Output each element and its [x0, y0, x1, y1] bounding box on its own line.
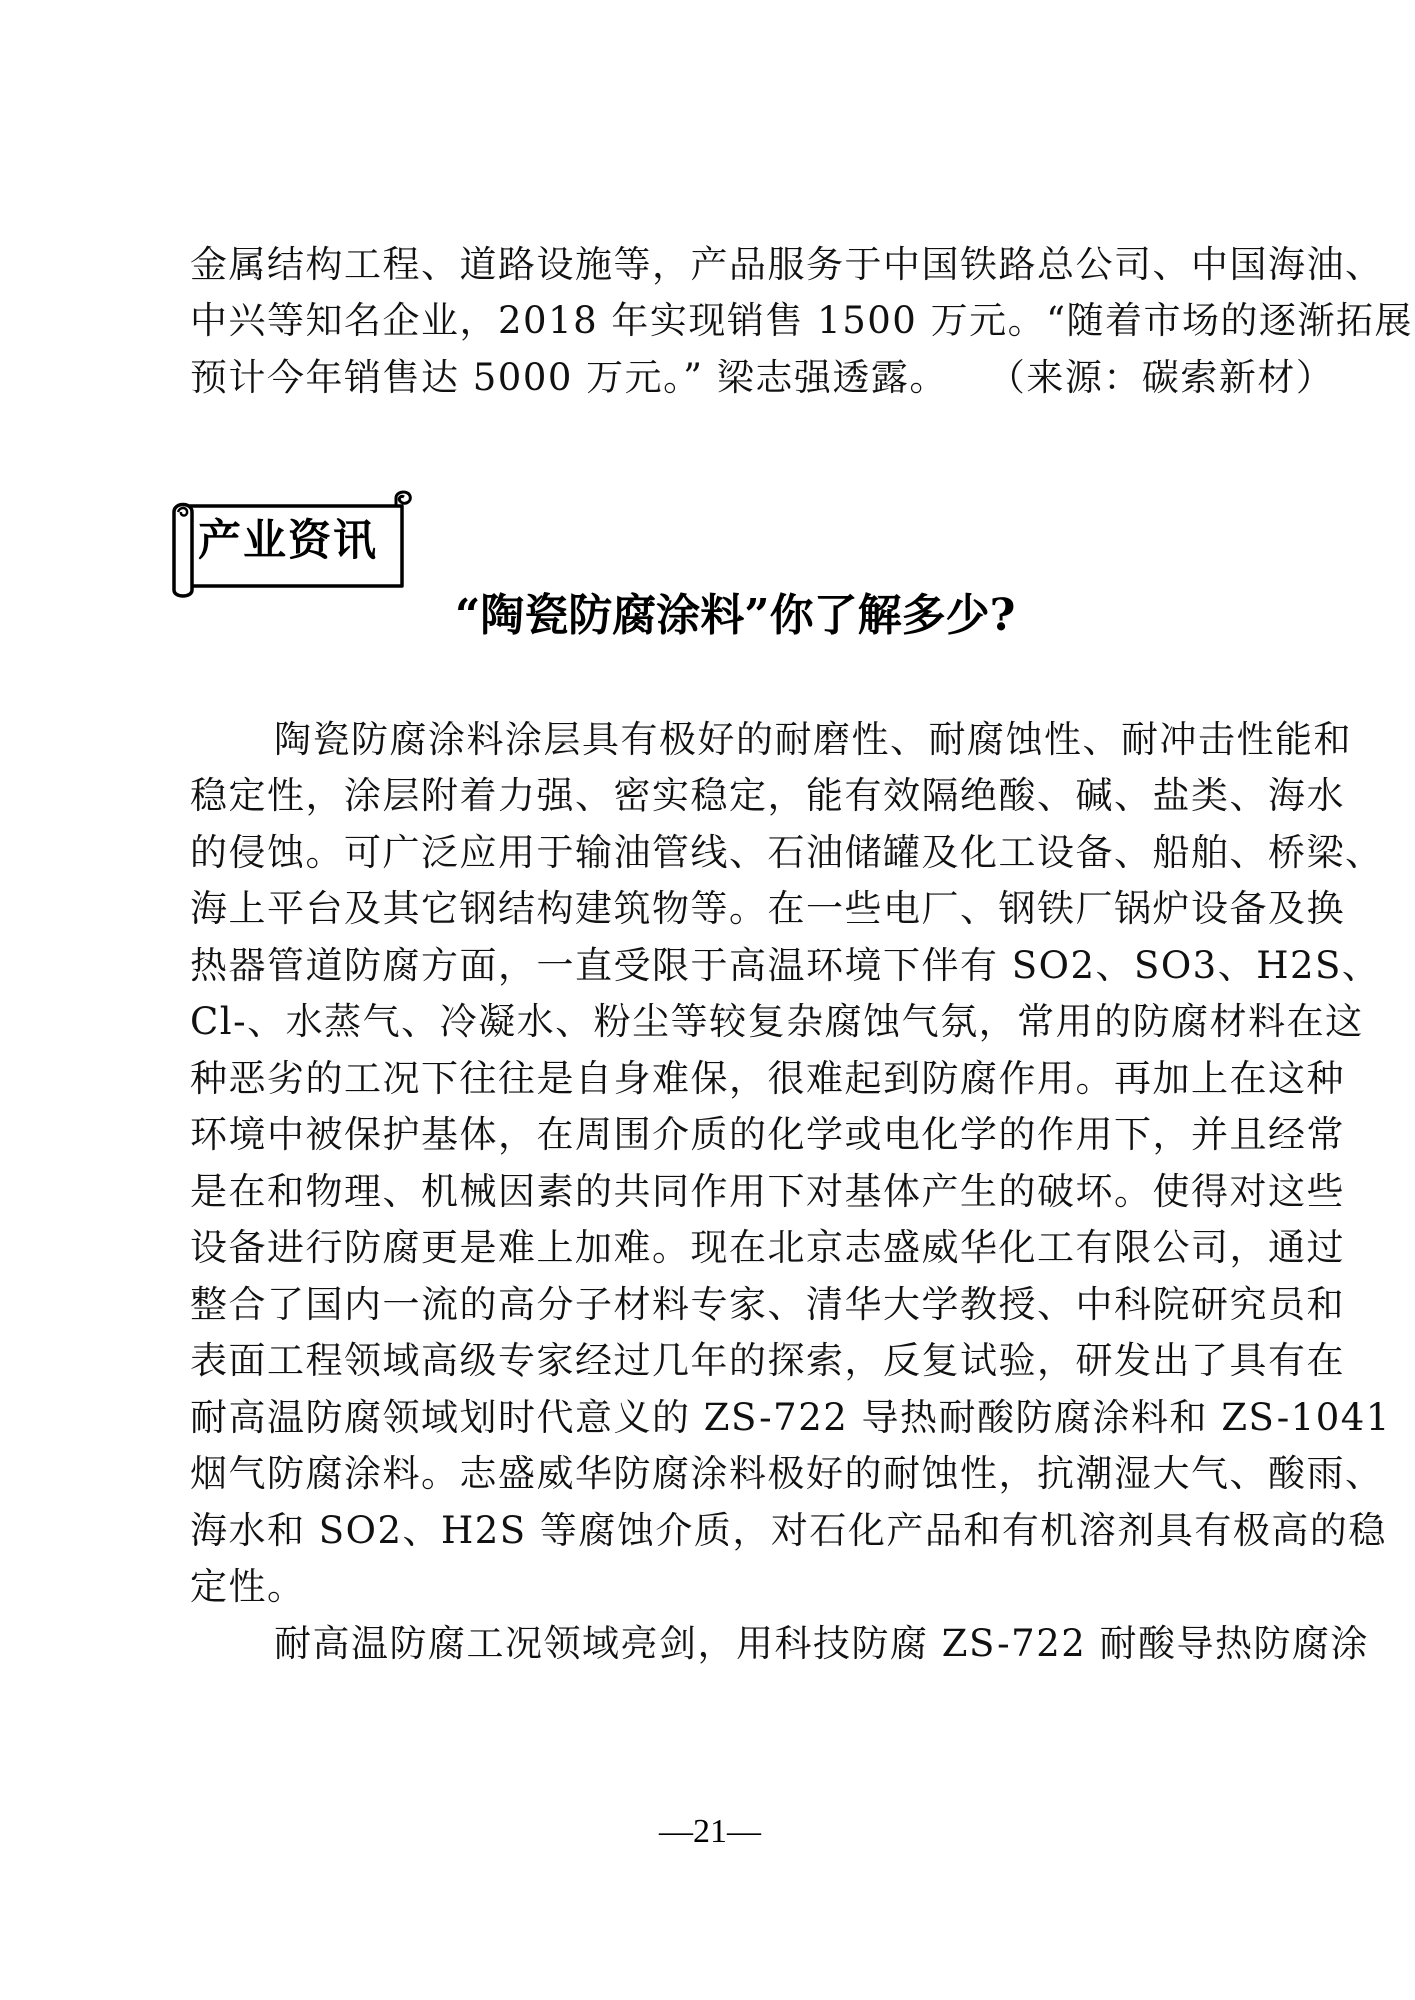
- document-page: 金属结构工程、道路设施等，产品服务于中国铁路总公司、中国海油、 中兴等知名企业，…: [0, 0, 1415, 2000]
- text-line: 表面工程领域高级专家经过几年的探索，反复试验，研发出了具有在: [190, 1336, 1242, 1386]
- text-line: 是在和物理、机械因素的共同作用下对基体产生的破坏。使得对这些: [190, 1167, 1242, 1217]
- page-number: —21—: [620, 1812, 800, 1852]
- text-line: 预计今年销售达 5000 万元。” 梁志强透露。 （来源：碳索新材）: [190, 353, 1242, 403]
- text-line: 的侵蚀。可广泛应用于输油管线、石油储罐及化工设备、船舶、桥梁、: [190, 828, 1242, 878]
- text-line: 金属结构工程、道路设施等，产品服务于中国铁路总公司、中国海油、: [190, 240, 1242, 290]
- text-line: 海上平台及其它钢结构建筑物等。在一些电厂、钢铁厂锅炉设备及换: [190, 884, 1242, 934]
- text-line: 热器管道防腐方面，一直受限于高温环境下伴有 SO2、SO3、H2S、: [190, 941, 1242, 991]
- text-line: Cl-、水蒸气、冷凝水、粉尘等较复杂腐蚀气氛，常用的防腐材料在这: [190, 997, 1242, 1047]
- text-line: 耐高温防腐工况领域亮剑，用科技防腐 ZS-722 耐酸导热防腐涂: [274, 1619, 1242, 1669]
- text-line: 设备进行防腐更是难上加难。现在北京志盛威华化工有限公司，通过: [190, 1223, 1242, 1273]
- text-line: 陶瓷防腐涂料涂层具有极好的耐磨性、耐腐蚀性、耐冲击性能和: [274, 715, 1242, 765]
- section-banner-label: 产业资讯: [198, 514, 398, 568]
- text-line: 中兴等知名企业，2018 年实现销售 1500 万元。“随着市场的逐渐拓展，: [190, 296, 1242, 346]
- text-line: 烟气防腐涂料。志盛威华防腐涂料极好的耐蚀性，抗潮湿大气、酸雨、: [190, 1449, 1242, 1499]
- text-line: 稳定性，涂层附着力强、密实稳定，能有效隔绝酸、碱、盐类、海水: [190, 771, 1242, 821]
- text-line: 种恶劣的工况下往往是自身难保，很难起到防腐作用。再加上在这种: [190, 1054, 1242, 1104]
- text-line: 耐高温防腐领域划时代意义的 ZS-722 导热耐酸防腐涂料和 ZS-1041: [190, 1393, 1242, 1443]
- text-line: 海水和 SO2、H2S 等腐蚀介质，对石化产品和有机溶剂具有极高的稳: [190, 1506, 1242, 1556]
- text-line: 整合了国内一流的高分子材料专家、清华大学教授、中科院研究员和: [190, 1280, 1242, 1330]
- text-line: 环境中被保护基体，在周围介质的化学或电化学的作用下，并且经常: [190, 1110, 1242, 1160]
- section-banner: 产业资讯: [168, 486, 418, 598]
- text-line: 定性。: [190, 1562, 1242, 1612]
- article-title: “陶瓷防腐涂料”你了解多少?: [455, 588, 1015, 644]
